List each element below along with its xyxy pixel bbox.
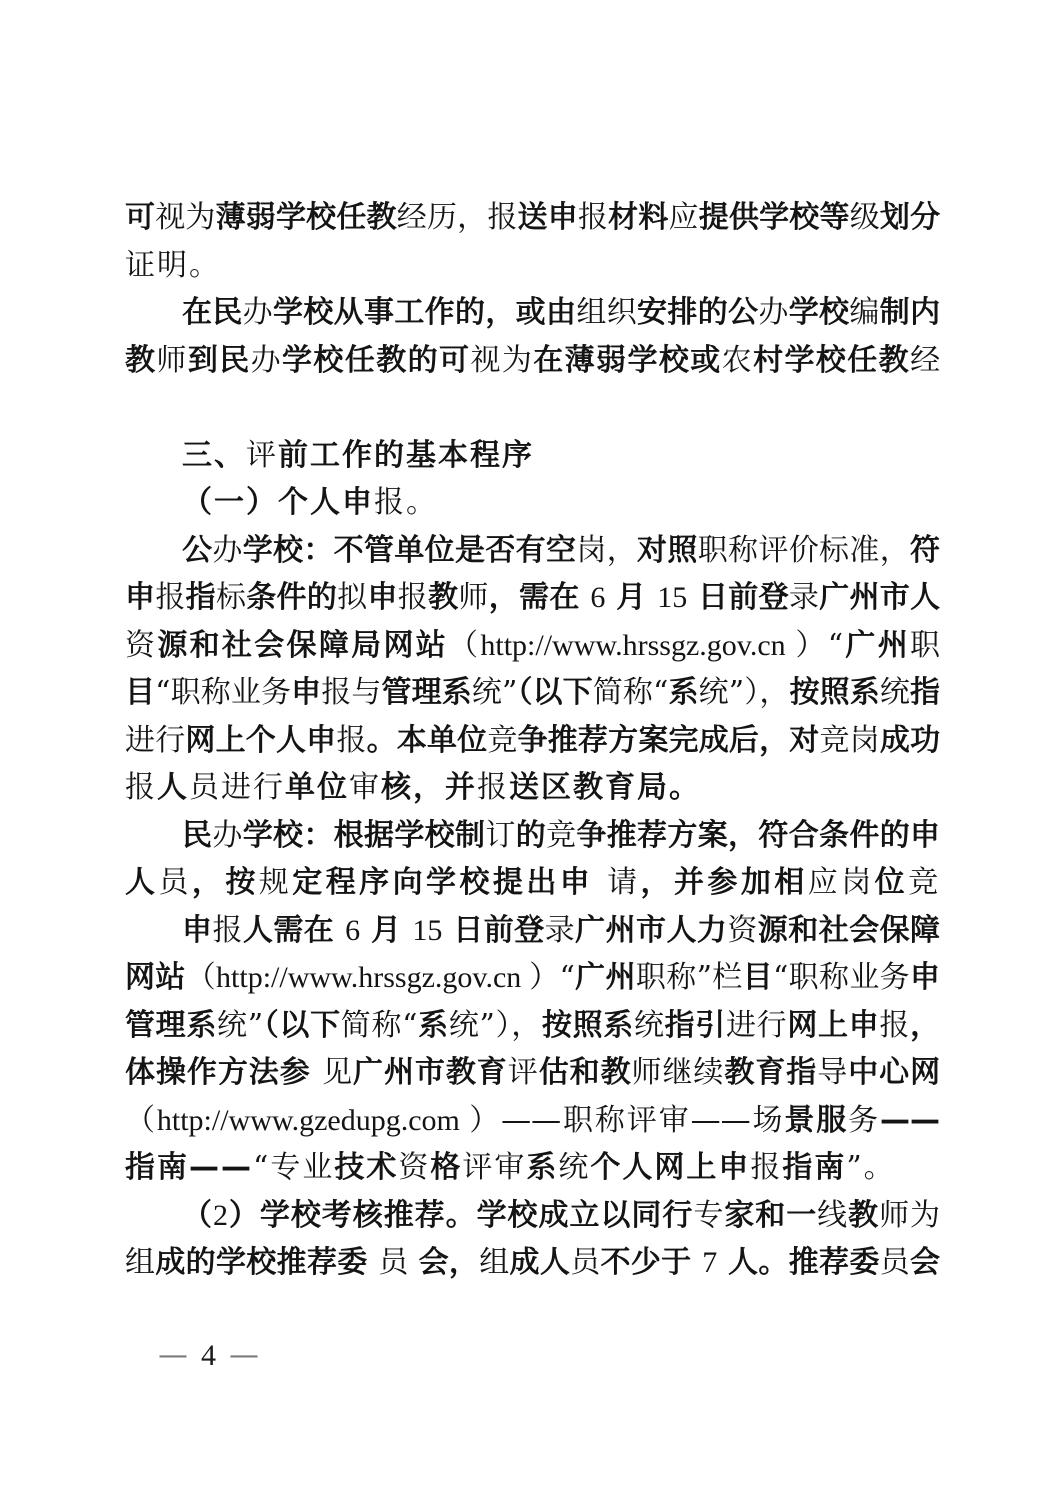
text-run: 网站 [125, 960, 186, 995]
text-run: 办 [243, 295, 273, 330]
text-run: 规 [259, 865, 292, 900]
text-run: 指南 [782, 1150, 846, 1185]
text-run: 学校：根据学校制 [243, 818, 486, 853]
text-run: 材料 [608, 200, 668, 235]
text-run: 报 [578, 200, 608, 235]
text-run: 申 [910, 960, 940, 995]
text-run: 前工作的基本程序 [278, 438, 534, 473]
text-run: 员 [158, 865, 191, 900]
text-run: 人 [157, 770, 189, 805]
text-run: 会， [419, 1245, 480, 1280]
text-run: 系 [668, 675, 698, 710]
text-line: 报人员进行单位审核，并报送区教育局。 [125, 764, 940, 812]
text-run: 技术 [334, 1150, 398, 1185]
text-run: 网上个人申 [185, 723, 336, 758]
text-run: 提供学校等 [699, 200, 850, 235]
text-run: 成的学校推荐委 [155, 1245, 378, 1280]
text-run: 单位 [285, 770, 349, 805]
blank-line [125, 384, 940, 432]
text-run: ”。 [846, 1150, 895, 1185]
text-run: （以下 [517, 675, 593, 710]
text-run: 15 [657, 581, 687, 614]
text-run: 报 [125, 770, 157, 805]
text-run: 评 [246, 438, 278, 473]
footer-dash-right: — [229, 1341, 259, 1371]
text-run: 见 [322, 1055, 353, 1090]
text-run: 目 [743, 960, 773, 995]
text-run: 制内 [880, 295, 940, 330]
text-run: （以下 [263, 1008, 341, 1043]
text-run: 办 [212, 818, 242, 853]
text-run: 教 [848, 1198, 879, 1233]
text-run: 安排的公 [637, 295, 758, 330]
text-run: ，并参加相 [641, 865, 808, 900]
text-run: 公 [182, 533, 212, 568]
text-run: “ [828, 628, 843, 663]
text-run: （一）个人申 [182, 485, 374, 520]
text-run: （http://www.hrssgz.gov.cn ） [186, 961, 560, 994]
text-run: 农 [722, 343, 753, 378]
text-run: 人 [125, 865, 158, 900]
text-run: 源和社会保障局网站 [157, 628, 448, 663]
text-run: 送申 [518, 200, 578, 235]
text-run: 岗， [576, 533, 637, 568]
text-run: 系 [417, 1008, 448, 1043]
text-run: 报 [155, 580, 185, 615]
text-run: 人需在 [243, 913, 345, 948]
text-run: 条件的 [246, 580, 337, 615]
text-run: 指南—— [125, 1150, 253, 1185]
text-run: 报 [477, 770, 509, 805]
text-run: 师 [458, 580, 488, 615]
text-run: 统 [880, 675, 910, 710]
text-run: 办 [212, 533, 242, 568]
text-run: 导 [817, 1055, 848, 1090]
text-run: 管理系 [125, 1008, 217, 1043]
text-run: 专 [693, 1198, 724, 1233]
text-run: 系 [526, 1150, 558, 1185]
text-run: 应岗 [808, 865, 875, 900]
text-line: 公办学校：不管单位是否有空岗，对照职称评价标准，符合 [125, 527, 940, 575]
text-run: 编 [849, 295, 879, 330]
text-run: 申 [125, 580, 155, 615]
text-line: 民办学校：根据学校制订的竞争推荐方案，符合条件的申 报 [125, 812, 940, 860]
text-run: 员 [378, 1245, 418, 1280]
text-run: 定程序向学校提出申 [292, 865, 607, 900]
text-run: 应 [669, 200, 699, 235]
text-run: 教育指 [724, 1055, 817, 1090]
text-run: 学校 [789, 295, 850, 330]
text-run: 报。 [374, 485, 438, 520]
text-run: 划分 [880, 200, 940, 235]
text-run: 2 [213, 1199, 228, 1232]
text-run: 级 [850, 200, 880, 235]
text-run: 统” [472, 675, 517, 710]
text-run: “职称业务 [773, 960, 910, 995]
text-run: 不少于 [601, 1245, 703, 1280]
text-run: 组织 [576, 295, 637, 330]
text-run: 组 [125, 1245, 155, 1280]
text-run: 报 [879, 1008, 910, 1043]
text-run: 指 [186, 580, 216, 615]
text-run: 送区教育局。 [509, 770, 701, 805]
page-footer: — 4 — [158, 1341, 940, 1371]
text-run: 指引 [665, 1008, 726, 1043]
text-run: 广州市人力 [575, 913, 727, 948]
text-run: 员进行 [189, 770, 285, 805]
text-run: 证明。 [125, 248, 221, 283]
text-line: 管理系统”（以下简称“系统”），按照系统指引进行网上申报，具 [125, 1002, 940, 1050]
text-run: 日前登 [442, 913, 544, 948]
text-run: 按照系 [790, 675, 880, 710]
text-line: 可视为薄弱学校任教经历，报送申报材料应提供学校等级划分 [125, 194, 940, 242]
text-run: 进行 [125, 723, 185, 758]
text-line: 申报指标条件的拟申报教师，需在 6 月 15 日前登录广州市人力 [125, 574, 940, 622]
text-run: 录 [545, 913, 575, 948]
text-line: 网站（http://www.hrssgz.gov.cn ）“广州职称”栏目“职称… [125, 954, 940, 1002]
text-run: 报 [212, 913, 242, 948]
text-line: 组成的学校推荐委 员 会，组成人员不少于 7 人。推荐委员会应具 [125, 1239, 940, 1287]
text-run: 6 [590, 581, 605, 614]
text-run: 学校任教的可 [282, 343, 470, 378]
text-run: “专业 [253, 1150, 334, 1185]
text-line: 人员，按规定程序向学校提出申 请，并参加相应岗位竞争。 [125, 859, 940, 907]
text-run: 成人 [510, 1245, 571, 1280]
text-run: 网上申 [787, 1008, 879, 1043]
text-run: ，按 [192, 865, 259, 900]
text-run: ——职称评审——场 [501, 1103, 784, 1138]
footer-dash-left: — [158, 1341, 188, 1371]
text-run: 简称“ [341, 1008, 418, 1043]
text-run: 人。推荐委 [717, 1245, 879, 1280]
text-run: 体操作方法参 [125, 1055, 322, 1090]
text-run: 申 [367, 580, 397, 615]
text-line: （http://www.gzedupg.com ）——职称评审——场景服务——申… [125, 1097, 940, 1145]
text-run: 对照 [637, 533, 698, 568]
text-run: 月 [360, 913, 412, 948]
text-run: 评 [508, 1055, 539, 1090]
text-run: 在薄弱学校或 [533, 343, 721, 378]
text-run: 估和教 [539, 1055, 632, 1090]
text-run: 竞岗 [819, 723, 879, 758]
text-line: 申报人需在 6 月 15 日前登录广州市人力资源和社会保障局 [125, 907, 940, 955]
text-run: 教 [428, 580, 458, 615]
text-run: 学校：不管单位是否有空 [243, 533, 577, 568]
document-page: 可视为薄弱学校任教经历，报送申报材料应提供学校等级划分证明。在民办学校从事工作的… [0, 0, 1058, 1497]
text-run: 统” [217, 1008, 263, 1043]
text-run: 在民 [182, 295, 243, 330]
document-body: 可视为薄弱学校任教经历，报送申报材料应提供学校等级划分证明。在民办学校从事工作的… [125, 194, 940, 1287]
text-run: 师 [156, 343, 187, 378]
text-run: 统 [558, 1150, 590, 1185]
text-run: 视为 [155, 200, 215, 235]
text-run: 经历，报 [397, 200, 518, 235]
text-run: ，需在 [489, 580, 591, 615]
text-run: 中心网 [848, 1055, 940, 1090]
text-line: 资源和社会保障局网站（http://www.hrssgz.gov.cn ）“广州… [125, 622, 940, 670]
text-run: 日前登 [687, 580, 789, 615]
text-run: 。本单位 [367, 723, 488, 758]
text-run: 办 [251, 343, 282, 378]
text-run: 员 [570, 1245, 600, 1280]
text-run: ）学校考核推荐。学校成立以同行 [228, 1198, 693, 1233]
text-line: （一）个人申报。 [125, 479, 940, 527]
text-line: 指南——“专业技术资格评审系统个人网上申报指南”。 [125, 1144, 940, 1192]
text-run: 广州市教育 [353, 1055, 508, 1090]
text-run: 竞 [546, 818, 576, 853]
text-line: 三、评前工作的基本程序 [125, 432, 940, 480]
text-run: 目 [125, 675, 155, 710]
text-run: 的 [516, 818, 546, 853]
text-run: 村学校任教 [753, 343, 910, 378]
text-run: 线 [817, 1198, 848, 1233]
text-run: 统 [634, 1008, 665, 1043]
text-run: 审 [349, 770, 381, 805]
text-run: 资 [398, 1150, 430, 1185]
text-run: 报与 [321, 675, 381, 710]
text-run: 15 [412, 914, 442, 947]
text-run: 会 [910, 1245, 940, 1280]
text-run: 到民 [188, 343, 251, 378]
text-run: 进行 [726, 1008, 787, 1043]
text-run: （http://www.gzedupg.com ） [125, 1104, 501, 1137]
text-run: 可 [125, 200, 155, 235]
text-line: 目“职称业务申报与管理系统”（以下简称“系统”），按照系统指引 [125, 669, 940, 717]
text-run: 竞 [487, 723, 517, 758]
text-run: 评审 [462, 1150, 526, 1185]
text-line: 进行网上个人申报。本单位竞争推荐方案完成后，对竞岗成功申 [125, 717, 940, 765]
text-run: 核，并 [381, 770, 477, 805]
text-run: 报 [750, 1150, 782, 1185]
text-run: 民 [182, 818, 212, 853]
text-run: 按照系 [542, 1008, 634, 1043]
text-run: 简称“ [593, 675, 669, 710]
text-run: 家和一 [724, 1198, 817, 1233]
text-run: 管理系 [381, 675, 471, 710]
text-line: 在民办学校从事工作的，或由组织安排的公办学校编制内 [125, 289, 940, 337]
text-run: “职称业务 [155, 675, 291, 710]
text-run: 月 [605, 580, 657, 615]
text-run: 争推荐方案，符合条件的申 [576, 818, 940, 853]
page-number: 4 [201, 1341, 216, 1371]
text-run: 个人网上申 [590, 1150, 750, 1185]
text-run: 报 [336, 723, 366, 758]
text-run: 教 [125, 343, 156, 378]
text-run: 广州 [843, 628, 910, 663]
text-run: 学校从事工作的，或由 [273, 295, 576, 330]
text-run: 职称评价标准， [698, 533, 910, 568]
text-run: 资 [727, 913, 757, 948]
text-run: 竞 [908, 865, 940, 900]
text-run: 争推荐方案完成后，对 [518, 723, 820, 758]
text-run: 统”）， [699, 675, 790, 710]
text-run: （http://www.hrssgz.gov.cn ） [448, 629, 828, 662]
text-run: 位 [875, 865, 908, 900]
text-run: 7 [702, 1246, 717, 1279]
text-run: 师继续 [632, 1055, 725, 1090]
text-run: 员 [880, 1245, 910, 1280]
text-run: 录 [789, 580, 819, 615]
text-run: 师为 [879, 1198, 940, 1233]
text-run: 拟 [337, 580, 367, 615]
text-run: 广州 [575, 960, 636, 995]
text-run: 申 [182, 913, 212, 948]
text-run: 薄弱学校任教 [216, 200, 397, 235]
text-run: 申 [291, 675, 321, 710]
text-line: 证明。 [125, 242, 940, 290]
text-line: （2）学校考核推荐。学校成立以同行专家和一线教师为主 [125, 1192, 940, 1240]
text-run: 格 [430, 1150, 462, 1185]
text-run: 标 [216, 580, 246, 615]
text-run: 三、 [182, 438, 246, 473]
text-run: 视为 [470, 343, 533, 378]
text-run: （ [182, 1198, 213, 1233]
text-run: 订 [485, 818, 515, 853]
text-line: 体操作方法参 见广州市教育评估和教师继续教育指导中心网 [125, 1049, 940, 1097]
text-run: 统”）， [449, 1008, 542, 1043]
text-run: 办 [758, 295, 788, 330]
text-line: 教师到民办学校任教的可视为在薄弱学校或农村学校任教经历。 [125, 337, 940, 385]
text-run: 报 [398, 580, 428, 615]
text-run: 务 [848, 1103, 880, 1138]
text-run: “ [559, 960, 574, 995]
text-run: 资 [125, 628, 157, 663]
text-run: 6 [345, 914, 360, 947]
text-run: 景服 [784, 1103, 848, 1138]
text-run: 组 [479, 1245, 509, 1280]
text-run: 职称”栏 [636, 960, 743, 995]
text-run: 请 [607, 865, 640, 900]
